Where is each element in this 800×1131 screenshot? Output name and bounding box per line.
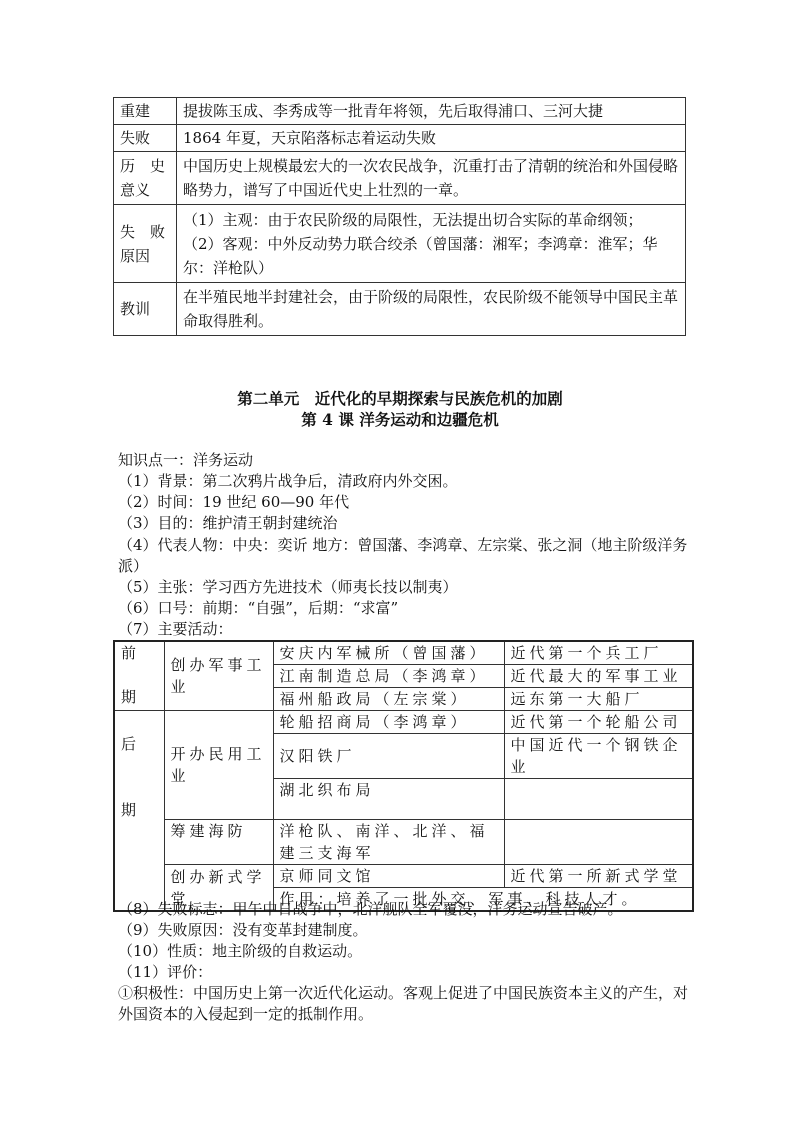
activity-note xyxy=(504,820,693,865)
category-navy: 筹建海防 xyxy=(164,820,273,865)
list-item: （2）时间：19 世纪 60—90 年代 xyxy=(118,492,690,513)
activity-note: 近代第一个兵工厂 xyxy=(504,641,693,665)
table-row: 后 期 开办民用工业 轮船招商局（李鸿章） 近代第一个轮船公司 xyxy=(114,711,693,734)
activity-name: 江南制造总局（李鸿章） xyxy=(273,665,504,688)
row-content: （1）主观：由于农民阶级的局限性，无法提出切合实际的革命纲领； （2）客观：中外… xyxy=(177,205,686,283)
row-content: 在半殖民地半封建社会，由于阶级的局限性，农民阶级不能领导中国民主革命取得胜利。 xyxy=(177,283,686,336)
row-label: 历 史 意义 xyxy=(114,152,177,205)
list-item: （5）主张：学习西方先进技术（师夷长技以制夷） xyxy=(118,577,690,598)
row-content: 提拔陈玉成、李秀成等一批青年将领，先后取得浦口、三河大捷 xyxy=(177,98,686,125)
table-row: 前 期 创办军事工业 安庆内军械所（曾国藩） 近代第一个兵工厂 xyxy=(114,641,693,665)
row-content: 中国历史上规模最宏大的一次农民战争，沉重打击了清朝的统治和外国侵略略势力，谱写了… xyxy=(177,152,686,205)
row-content: 1864 年夏，天京陷落标志着运动失败 xyxy=(177,125,686,152)
activity-name: 京师同文馆 xyxy=(273,865,504,888)
activity-name: 轮船招商局（李鸿章） xyxy=(273,711,504,734)
period-line: 前 xyxy=(121,642,158,664)
table-row: 历 史 意义 中国历史上规模最宏大的一次农民战争，沉重打击了清朝的统治和外国侵略… xyxy=(114,152,686,205)
list-item: （3）目的：维护清王朝封建统治 xyxy=(118,513,690,534)
table-row: 创办新式学堂 京师同文馆 近代第一所新式学堂 xyxy=(114,865,693,888)
activity-note: 远东第一大船厂 xyxy=(504,688,693,711)
list-item: ①积极性：中国历史上第一次近代化运动。客观上促进了中国民族资本主义的产生，对外国… xyxy=(118,983,690,1024)
activity-note xyxy=(504,779,693,820)
row-label: 失败 xyxy=(114,125,177,152)
table-row: 失败 1864 年夏，天京陷落标志着运动失败 xyxy=(114,125,686,152)
category-civil: 开办民用工业 xyxy=(164,711,273,820)
activity-name: 洋枪队、南洋、北洋、福建三支海军 xyxy=(273,820,504,865)
list-item: （9）失败原因：没有变革封建制度。 xyxy=(118,920,690,941)
activity-name: 湖北织布局 xyxy=(273,779,504,820)
table-row: 重建 提拔陈玉成、李秀成等一批青年将领，先后取得浦口、三河大捷 xyxy=(114,98,686,125)
knowledge-point-title: 知识点一：洋务运动 xyxy=(118,450,690,471)
label-line: 历 史 xyxy=(120,154,170,178)
list-item: （1）背景：第二次鸦片战争后，清政府内外交困。 xyxy=(118,471,690,492)
label-line: 意义 xyxy=(120,178,170,202)
table-row: 失 败 原因 （1）主观：由于农民阶级的局限性，无法提出切合实际的革命纲领； （… xyxy=(114,205,686,283)
period-line: 后 xyxy=(121,733,158,755)
taiping-summary-table: 重建 提拔陈玉成、李秀成等一批青年将领，先后取得浦口、三河大捷 失败 1864 … xyxy=(113,97,686,336)
list-item: （7）主要活动： xyxy=(118,619,690,640)
list-item: （10）性质：地主阶级的自救运动。 xyxy=(118,941,690,962)
period-line: 期 xyxy=(121,686,158,708)
document-page: 重建 提拔陈玉成、李秀成等一批青年将领，先后取得浦口、三河大捷 失败 1864 … xyxy=(0,0,800,1131)
lesson-title: 第 4 课 洋务运动和边疆危机 xyxy=(0,409,800,431)
activity-name: 汉阳铁厂 xyxy=(273,734,504,779)
list-item: （11）评价： xyxy=(118,962,690,983)
table-row: 筹建海防 洋枪队、南洋、北洋、福建三支海军 xyxy=(114,820,693,865)
main-activities-table: 前 期 创办军事工业 安庆内军械所（曾国藩） 近代第一个兵工厂 江南制造总局（李… xyxy=(113,640,694,912)
period-early: 前 期 xyxy=(114,641,164,711)
activity-name: 安庆内军械所（曾国藩） xyxy=(273,641,504,665)
activity-name: 福州船政局（左宗棠） xyxy=(273,688,504,711)
period-line: 期 xyxy=(121,799,158,821)
label-line: 失 败 xyxy=(120,220,170,244)
content-line: （2）客观：中外反动势力联合绞杀（曾国藩：湘军；李鸿章：淮军；华尔：洋枪队） xyxy=(183,232,679,280)
category-military: 创办军事工业 xyxy=(164,641,273,711)
activity-note: 中国近代一个钢铁企业 xyxy=(504,734,693,779)
activity-note: 近代第一所新式学堂 xyxy=(504,865,693,888)
row-label: 教训 xyxy=(114,283,177,336)
activity-note: 近代最大的军事工业 xyxy=(504,665,693,688)
list-item: （6）口号：前期：“自强”，后期：“求富” xyxy=(118,598,690,619)
unit-title: 第二单元 近代化的早期探索与民族危机的加剧 xyxy=(0,388,800,410)
list-item: （8）失败标志：甲午中日战争中，北洋舰队全军覆没，洋务运动宣告破产。 xyxy=(118,899,690,920)
table-row: 教训 在半殖民地半封建社会，由于阶级的局限性，农民阶级不能领导中国民主革命取得胜… xyxy=(114,283,686,336)
content-line: （1）主观：由于农民阶级的局限性，无法提出切合实际的革命纲领； xyxy=(183,208,679,232)
list-item: （4）代表人物：中央：奕䜣 地方：曾国藩、李鸿章、左宗棠、张之洞（地主阶级洋务派… xyxy=(118,535,690,576)
row-label: 重建 xyxy=(114,98,177,125)
activity-note: 近代第一个轮船公司 xyxy=(504,711,693,734)
row-label: 失 败 原因 xyxy=(114,205,177,283)
label-line: 原因 xyxy=(120,244,170,268)
period-late: 后 期 xyxy=(114,711,164,912)
